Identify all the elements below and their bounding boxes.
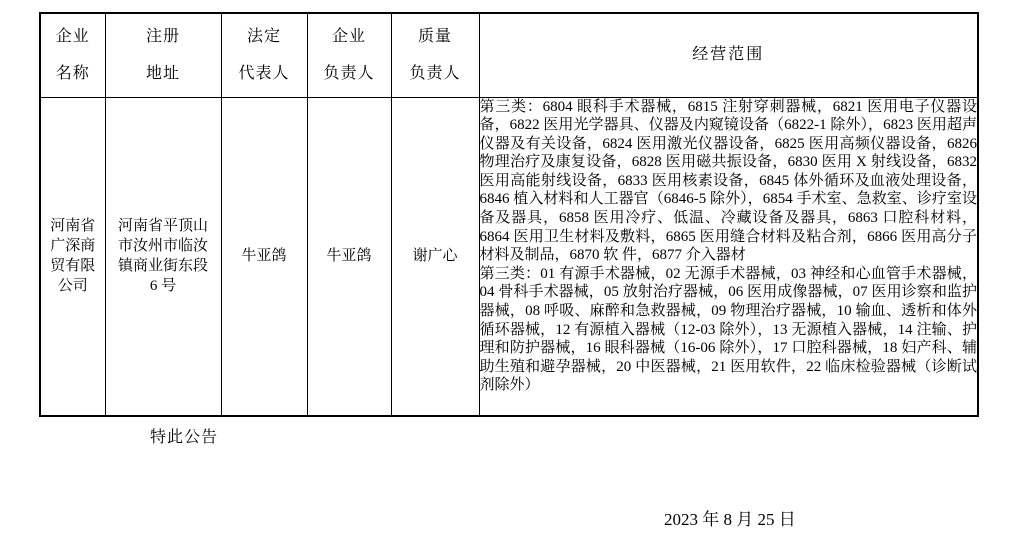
announcement-page: { "page": { "background_color": "#ffffff…: [0, 0, 1016, 547]
cell-company-name: 河南省 广深商 贸有限 公司: [40, 97, 105, 416]
cell-registered-address: 河南省平顶山 市汝州市临汝 镇商业街东段 6 号: [105, 97, 221, 416]
license-announcement-table: 企业 名称 注册 地址 法定 代表人 企业 负责人 质量 负责人 经营范围 河南…: [39, 12, 979, 417]
cell-quality-principal: 谢广心: [391, 97, 479, 416]
column-header-business-scope: 经营范围: [479, 13, 978, 97]
cell-legal-representative: 牛亚鸽: [221, 97, 307, 416]
column-header-enterprise-principal: 企业 负责人: [307, 13, 391, 97]
date-text: 2023 年 8 月 25 日: [664, 505, 796, 530]
notice-text: 特此公告: [150, 424, 218, 447]
business-scope-paragraph-class3-codes: 第三类：6804 眼科手术器械，6815 注射穿刺器械，6821 医用电子仪器设…: [480, 98, 978, 265]
table-row: 河南省 广深商 贸有限 公司 河南省平顶山 市汝州市临汝 镇商业街东段 6 号 …: [40, 97, 978, 416]
column-header-registered-address: 注册 地址: [105, 13, 221, 97]
column-header-legal-representative: 法定 代表人: [221, 13, 307, 97]
header-row: 企业 名称 注册 地址 法定 代表人 企业 负责人 质量 负责人 经营范围: [40, 13, 978, 97]
column-header-company-name: 企业 名称: [40, 13, 105, 97]
business-scope-paragraph-class3-categories: 第三类：01 有源手术器械，02 无源手术器械，03 神经和心血管手术器械，04…: [480, 265, 978, 395]
cell-enterprise-principal: 牛亚鸽: [307, 97, 391, 416]
cell-business-scope: 第三类：6804 眼科手术器械，6815 注射穿刺器械，6821 医用电子仪器设…: [479, 97, 978, 416]
column-header-quality-principal: 质量 负责人: [391, 13, 479, 97]
